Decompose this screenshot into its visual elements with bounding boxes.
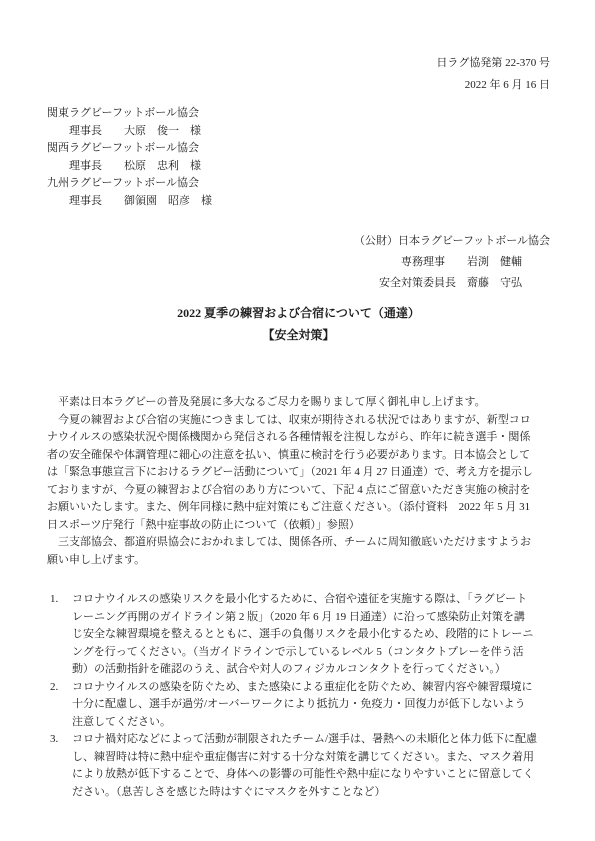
list-item-number: 1. — [47, 591, 72, 609]
title-block: 2022 夏季の練習および合宿について（通達） 【安全対策】 — [47, 302, 550, 346]
list-item: 2. コロナウイルスの感染を防ぐため、また感染による重症化を防ぐため、練習内容や… — [47, 679, 550, 732]
list-item: 1. コロナウイルスの感染リスクを最小化するために、合宿や遠征を実施する際は、「… — [47, 591, 550, 679]
doc-subtitle: 【安全対策】 — [47, 324, 550, 346]
doc-ref-block: 日ラグ協発第 22-370 号 2022 年 6 月 16 日 — [47, 52, 550, 96]
doc-number: 日ラグ協発第 22-370 号 — [47, 52, 550, 74]
recipients-block: 関東ラグビーフットボール協会 理事長 大原 俊一 様 関西ラグビーフットボール協… — [47, 105, 550, 210]
sender-block: （公財）日本ラグビーフットボール協会 専務理事 岩渕 健輔 安全対策委員長 齋藤… — [47, 231, 550, 294]
doc-date: 2022 年 6 月 16 日 — [47, 74, 550, 96]
list-item-text: コロナ禍対応などによって活動が制限されたチーム/選手は、暑熱への未順化と体力低下… — [72, 731, 550, 801]
sender-safety-chair: 安全対策委員長 齋藤 守弘 — [47, 273, 550, 294]
sender-org: （公財）日本ラグビーフットボール協会 — [47, 231, 550, 252]
list-item-text: コロナウイルスの感染を防ぐため、また感染による重症化を防ぐため、練習内容や練習環… — [72, 679, 550, 732]
document-page: 日ラグ協発第 22-370 号 2022 年 6 月 16 日 関東ラグビーフッ… — [0, 0, 595, 841]
notice-list: 1. コロナウイルスの感染リスクを最小化するために、合宿や遠征を実施する際は、「… — [47, 591, 550, 801]
list-item-number: 2. — [47, 679, 72, 697]
doc-title: 2022 夏季の練習および合宿について（通達） — [47, 302, 550, 324]
sender-managing-director: 専務理事 岩渕 健輔 — [47, 252, 550, 273]
list-item: 3. コロナ禍対応などによって活動が制限されたチーム/選手は、暑熱への未順化と体… — [47, 731, 550, 801]
list-item-number: 3. — [47, 731, 72, 749]
body-text: 平素は日本ラグビーの普及発展に多大なるご尽力を賜りまして厚く御礼申し上げます。 … — [47, 394, 550, 569]
list-item-text: コロナウイルスの感染リスクを最小化するために、合宿や遠征を実施する際は、「ラグビ… — [72, 591, 550, 679]
